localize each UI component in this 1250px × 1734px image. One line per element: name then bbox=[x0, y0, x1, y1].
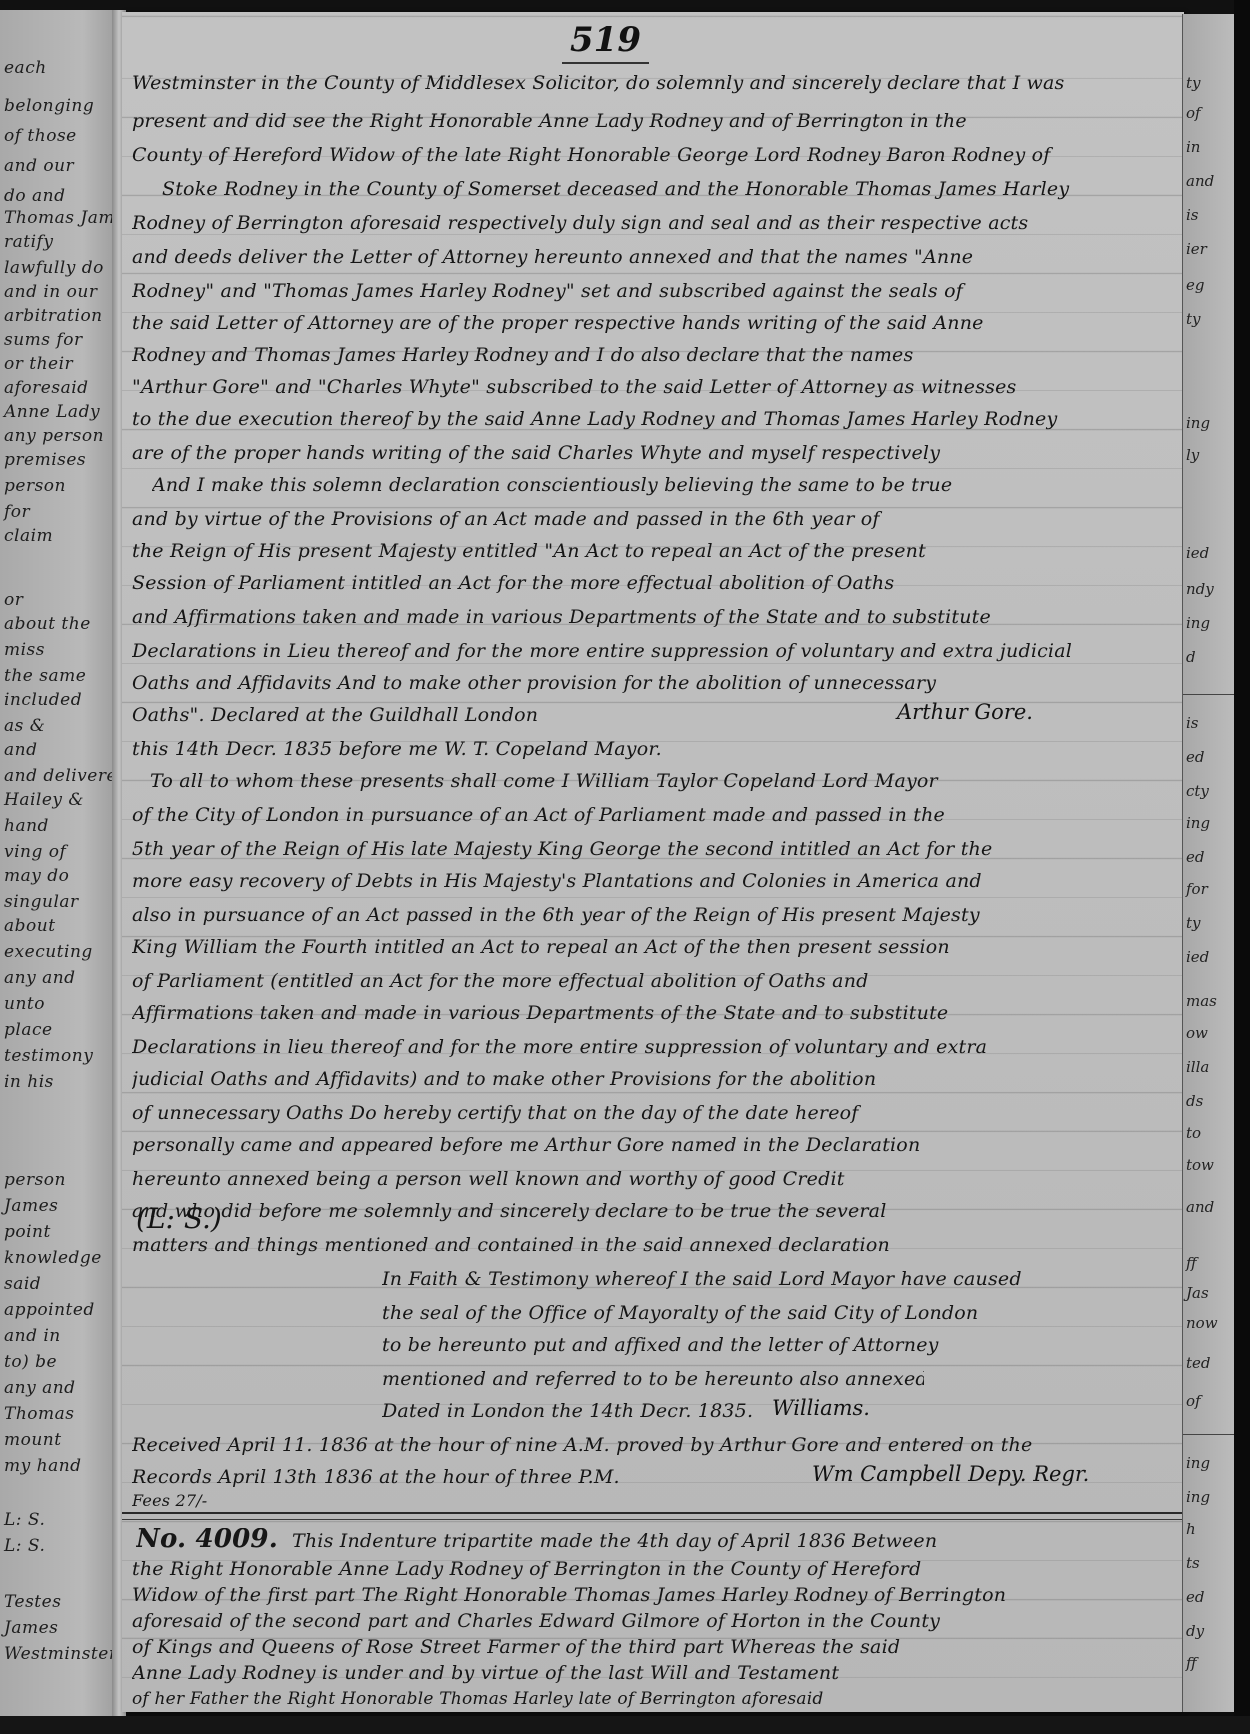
margin-fragment: the same bbox=[4, 666, 86, 686]
text-line: matters and things mentioned and contain… bbox=[132, 1234, 1178, 1256]
margin-fragment: and in our bbox=[4, 282, 97, 302]
text-line: to the due execution thereof by the said… bbox=[132, 408, 1178, 430]
margin-fragment: d bbox=[1186, 648, 1196, 666]
margin-fragment: or their bbox=[4, 354, 73, 374]
margin-fragment: person bbox=[4, 1170, 66, 1190]
margin-fragment: and bbox=[1186, 1198, 1214, 1216]
margin-fragment: ff bbox=[1186, 1654, 1197, 1672]
lord-mayor-signature: Williams. bbox=[772, 1396, 870, 1420]
text-line: of unnecessary Oaths Do hereby certify t… bbox=[132, 1102, 1178, 1124]
margin-fragment: arbitration bbox=[4, 306, 103, 326]
attestation-line: the seal of the Office of Mayoralty of t… bbox=[382, 1302, 1178, 1324]
margin-fragment: James bbox=[4, 1196, 58, 1216]
text-line: and by virtue of the Provisions of an Ac… bbox=[132, 508, 1178, 530]
attestation-line: mentioned and referred to to be hereunto… bbox=[382, 1368, 924, 1390]
margin-fragment: Hailey & bbox=[4, 790, 84, 810]
margin-fragment: and our bbox=[4, 156, 74, 176]
register-page: 519 Westminster in the County of Middles… bbox=[122, 12, 1184, 1712]
entry-line: of her Father the Right Honorable Thomas… bbox=[132, 1688, 1178, 1710]
margin-fragment: ed bbox=[1186, 748, 1204, 766]
margin-fragment: ty bbox=[1186, 914, 1201, 932]
text-line: Westminster in the County of Middlesex S… bbox=[132, 72, 1178, 94]
margin-fragment: miss bbox=[4, 640, 45, 660]
margin-fragment: testimony bbox=[4, 1046, 93, 1066]
text-line: and who did before me solemnly and since… bbox=[132, 1200, 1178, 1222]
margin-fragment: is bbox=[1186, 714, 1199, 732]
attestation-line: to be hereunto put and affixed and the l… bbox=[382, 1334, 1178, 1356]
margin-fragment: Thomas James bbox=[4, 208, 118, 228]
margin-fragment: ow bbox=[1186, 1024, 1208, 1042]
attestation-line: In Faith & Testimony whereof I the said … bbox=[382, 1268, 1178, 1290]
margin-fragment: to bbox=[1186, 1124, 1201, 1142]
text-line: hereunto annexed being a person well kno… bbox=[132, 1168, 1178, 1190]
margin-fragment: of bbox=[1186, 1392, 1201, 1410]
margin-fragment: ving of bbox=[4, 842, 66, 862]
margin-fragment: h bbox=[1186, 1520, 1196, 1538]
entry-line: the Right Honorable Anne Lady Rodney of … bbox=[132, 1558, 1178, 1580]
margin-fragment: premises bbox=[4, 450, 86, 470]
text-line: Rodney and Thomas James Harley Rodney an… bbox=[132, 344, 1178, 366]
text-line: judicial Oaths and Affidavits) and to ma… bbox=[132, 1068, 1178, 1090]
margin-fragment: is bbox=[1186, 206, 1199, 224]
margin-fragment: as & bbox=[4, 716, 45, 736]
margin-fragment: in bbox=[1186, 138, 1200, 156]
text-line: are of the proper hands writing of the s… bbox=[132, 442, 1178, 464]
margin-fragment: and bbox=[1186, 172, 1214, 190]
margin-fragment: ing bbox=[1186, 414, 1210, 432]
text-line: "Arthur Gore" and "Charles Whyte" subscr… bbox=[132, 376, 1178, 398]
margin-fragment: L: S. bbox=[4, 1536, 45, 1556]
text-line: of the City of London in pursuance of an… bbox=[132, 804, 1178, 826]
scan-right-edge bbox=[1234, 0, 1250, 1734]
margin-fragment: sums for bbox=[4, 330, 83, 350]
entry-divider bbox=[122, 1512, 1184, 1520]
margin-fragment: aforesaid bbox=[4, 378, 89, 398]
margin-fragment: for bbox=[4, 502, 30, 522]
registrar-signature: Wm Campbell Depy. Regr. bbox=[812, 1462, 1089, 1486]
margin-fragment: ing bbox=[1186, 1454, 1210, 1472]
margin-fragment: Jas bbox=[1186, 1284, 1209, 1302]
entry-line: Widow of the first part The Right Honora… bbox=[132, 1584, 1178, 1606]
margin-fragment: ied bbox=[1186, 544, 1209, 562]
margin-fragment: point bbox=[4, 1222, 51, 1242]
margin-fragment: Testes bbox=[4, 1592, 61, 1612]
margin-fragment: ndy bbox=[1186, 580, 1214, 598]
margin-fragment: about bbox=[4, 916, 56, 936]
right-page-edges: ty of in and is ier eg ty ing ly ied ndy… bbox=[1182, 14, 1235, 1712]
entry-line: of Kings and Queens of Rose Street Farme… bbox=[132, 1636, 1178, 1658]
text-line: Affirmations taken and made in various D… bbox=[132, 1002, 1178, 1024]
margin-fragment: and bbox=[4, 740, 37, 760]
text-line: present and did see the Right Honorable … bbox=[132, 110, 1178, 132]
margin-fragment: singular bbox=[4, 892, 79, 912]
margin-fragment: for bbox=[1186, 880, 1208, 898]
margin-fragment: appointed bbox=[4, 1300, 95, 1320]
declarant-signature: Arthur Gore. bbox=[897, 700, 1033, 724]
entry-line: aforesaid of the second part and Charles… bbox=[132, 1610, 1178, 1632]
margin-fragment: James bbox=[4, 1618, 58, 1638]
margin-fragment: ratify bbox=[4, 232, 53, 252]
margin-fragment: of bbox=[1186, 104, 1201, 122]
margin-fragment: cty bbox=[1186, 782, 1209, 800]
text-line: Stoke Rodney in the County of Somerset d… bbox=[162, 178, 1178, 200]
text-line: this 14th Decr. 1835 before me W. T. Cop… bbox=[132, 738, 1178, 760]
margin-fragment: ff bbox=[1186, 1254, 1197, 1272]
text-line: County of Hereford Widow of the late Rig… bbox=[132, 144, 1178, 166]
margin-fragment: included bbox=[4, 690, 82, 710]
text-line: Declarations in lieu thereof and for the… bbox=[132, 1036, 1178, 1058]
margin-fragment: to) be bbox=[4, 1352, 57, 1372]
margin-fragment: place bbox=[4, 1020, 53, 1040]
text-line: and Affirmations taken and made in vario… bbox=[132, 606, 1178, 628]
text-line: also in pursuance of an Act passed in th… bbox=[132, 904, 1178, 926]
margin-fragment: each bbox=[4, 58, 47, 78]
margin-fragment: person bbox=[4, 476, 66, 496]
margin-fragment: Westminster bbox=[4, 1644, 117, 1664]
margin-fragment: ed bbox=[1186, 1588, 1204, 1606]
margin-fragment: about the bbox=[4, 614, 91, 634]
margin-fragment: ied bbox=[1186, 948, 1209, 966]
left-facing-page: each belonging of those and our do and T… bbox=[0, 10, 118, 1720]
attestation-line: Dated in London the 14th Decr. 1835. bbox=[382, 1400, 764, 1422]
margin-fragment: now bbox=[1186, 1314, 1218, 1332]
margin-fragment: ds bbox=[1186, 1092, 1203, 1110]
text-line: personally came and appeared before me A… bbox=[132, 1134, 1178, 1156]
margin-fragment: may do bbox=[4, 866, 69, 886]
text-line: Oaths and Affidavits And to make other p… bbox=[132, 672, 1178, 694]
margin-fragment: any person bbox=[4, 426, 104, 446]
margin-fragment: of those bbox=[4, 126, 77, 146]
edge-rule bbox=[1183, 1434, 1235, 1435]
margin-fragment: ty bbox=[1186, 310, 1201, 328]
recording-line: Received April 11. 1836 at the hour of n… bbox=[132, 1434, 1178, 1456]
margin-fragment: Thomas bbox=[4, 1404, 75, 1424]
scan-bottom-edge bbox=[0, 1716, 1250, 1734]
margin-fragment: ty bbox=[1186, 74, 1201, 92]
margin-fragment: ted bbox=[1186, 1354, 1211, 1372]
entry-line: This Indenture tripartite made the 4th d… bbox=[292, 1530, 1178, 1552]
margin-fragment: ly bbox=[1186, 446, 1199, 464]
margin-fragment: ing bbox=[1186, 614, 1210, 632]
text-line: 5th year of the Reign of His late Majest… bbox=[132, 838, 1178, 860]
margin-fragment: knowledge bbox=[4, 1248, 102, 1268]
text-line: Declarations in Lieu thereof and for the… bbox=[132, 640, 1178, 662]
margin-fragment: claim bbox=[4, 526, 53, 546]
margin-fragment: eg bbox=[1186, 276, 1204, 294]
margin-fragment: in his bbox=[4, 1072, 54, 1092]
margin-fragment: do and bbox=[4, 186, 66, 206]
margin-fragment: and in bbox=[4, 1326, 61, 1346]
margin-fragment: ing bbox=[1186, 814, 1210, 832]
margin-fragment: belonging bbox=[4, 96, 94, 116]
margin-fragment: illa bbox=[1186, 1058, 1209, 1076]
seal-mark: (L: S.) bbox=[136, 1202, 222, 1235]
text-line: Rodney" and "Thomas James Harley Rodney"… bbox=[132, 280, 1178, 302]
text-line: the said Letter of Attorney are of the p… bbox=[132, 312, 1178, 334]
margin-fragment: Anne Lady bbox=[4, 402, 100, 422]
entry-number: No. 4009. bbox=[136, 1528, 286, 1552]
margin-fragment: tow bbox=[1186, 1156, 1214, 1174]
margin-fragment: ing bbox=[1186, 1488, 1210, 1506]
text-line: To all to whom these presents shall come… bbox=[150, 770, 1178, 792]
margin-fragment: and delivered bbox=[4, 766, 118, 786]
margin-fragment: any and bbox=[4, 968, 76, 988]
text-line: more easy recovery of Debts in His Majes… bbox=[132, 870, 1178, 892]
text-line: the Reign of His present Majesty entitle… bbox=[132, 540, 1178, 562]
margin-fragment: hand bbox=[4, 816, 49, 836]
margin-fragment: ed bbox=[1186, 848, 1204, 866]
fee-note: Fees 27/- bbox=[132, 1490, 1178, 1512]
text-line: King William the Fourth intitled an Act … bbox=[132, 936, 1178, 958]
margin-fragment: mas bbox=[1186, 992, 1217, 1010]
margin-fragment: dy bbox=[1186, 1622, 1204, 1640]
page-number: 519 bbox=[562, 20, 649, 64]
margin-fragment: or bbox=[4, 590, 23, 610]
margin-fragment: lawfully do bbox=[4, 258, 104, 278]
margin-fragment: ts bbox=[1186, 1554, 1200, 1572]
text-line: Session of Parliament intitled an Act fo… bbox=[132, 572, 1178, 594]
margin-fragment: executing bbox=[4, 942, 93, 962]
text-line: Rodney of Berrington aforesaid respectiv… bbox=[132, 212, 1178, 234]
margin-fragment: ier bbox=[1186, 240, 1207, 258]
entry-line: Anne Lady Rodney is under and by virtue … bbox=[132, 1662, 1178, 1684]
margin-fragment: mount bbox=[4, 1430, 62, 1450]
margin-fragment: L: S. bbox=[4, 1510, 45, 1530]
text-line: of Parliament (entitled an Act for the m… bbox=[132, 970, 1178, 992]
margin-fragment: my hand bbox=[4, 1456, 82, 1476]
edge-rule bbox=[1183, 694, 1235, 695]
text-line: And I make this solemn declaration consc… bbox=[152, 474, 1178, 496]
recording-line: Records April 13th 1836 at the hour of t… bbox=[132, 1466, 804, 1488]
text-line: and deeds deliver the Letter of Attorney… bbox=[132, 246, 1178, 268]
margin-fragment: unto bbox=[4, 994, 45, 1014]
margin-fragment: any and bbox=[4, 1378, 76, 1398]
margin-fragment: said bbox=[4, 1274, 41, 1294]
